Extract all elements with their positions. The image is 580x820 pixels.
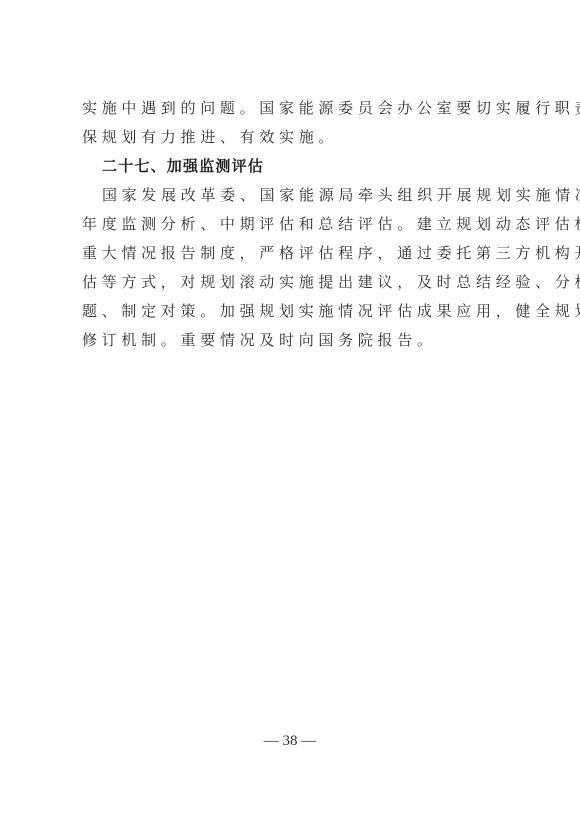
paragraph-line: 国家发展改革委、国家能源局牵头组织开展规划实施情况的 <box>102 181 502 210</box>
paragraph-line: 重大情况报告制度，严格评估程序，通过委托第三方机构开展评 <box>82 239 502 268</box>
paragraph-line: 题、制定对策。加强规划实施情况评估成果应用，健全规划调整 <box>82 297 502 326</box>
section-heading: 二十七、加强监测评估 <box>102 152 264 181</box>
paragraph-line: 修订机制。重要情况及时向国务院报告。 <box>82 326 502 355</box>
document-page: 实施中遇到的问题。国家能源委员会办公室要切实履行职责，确 保规划有力推进、有效实… <box>0 0 580 820</box>
paragraph-line: 年度监测分析、中期评估和总结评估。建立规划动态评估机制和 <box>82 210 502 239</box>
paragraph-line: 保规划有力推进、有效实施。 <box>82 123 502 152</box>
paragraph-line: 实施中遇到的问题。国家能源委员会办公室要切实履行职责，确 <box>82 94 502 123</box>
page-number: — 38 — <box>0 733 580 750</box>
paragraph-line: 估等方式，对规划滚动实施提出建议，及时总结经验、分析问 <box>82 268 502 297</box>
